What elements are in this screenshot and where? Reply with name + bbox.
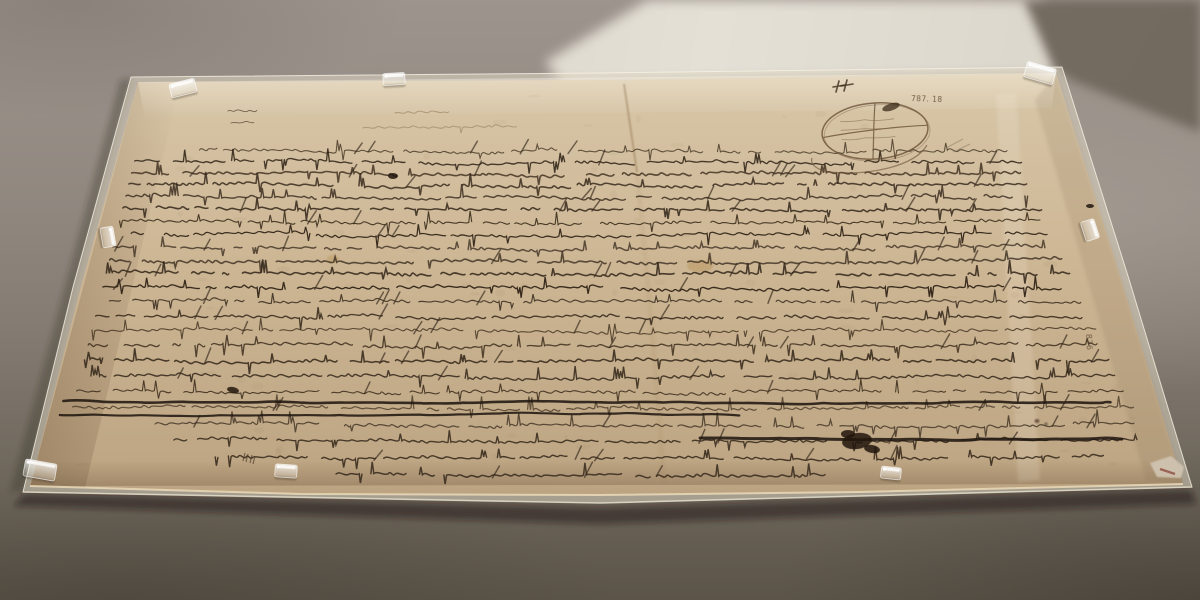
manuscript-photo: 787. 18 876 xyxy=(0,0,1200,600)
manuscript-scene: 787. 18 876 xyxy=(0,0,1200,600)
archival-number-right-margin: 876 xyxy=(1084,334,1094,351)
archival-number-top-right: 787. 18 xyxy=(911,94,943,104)
